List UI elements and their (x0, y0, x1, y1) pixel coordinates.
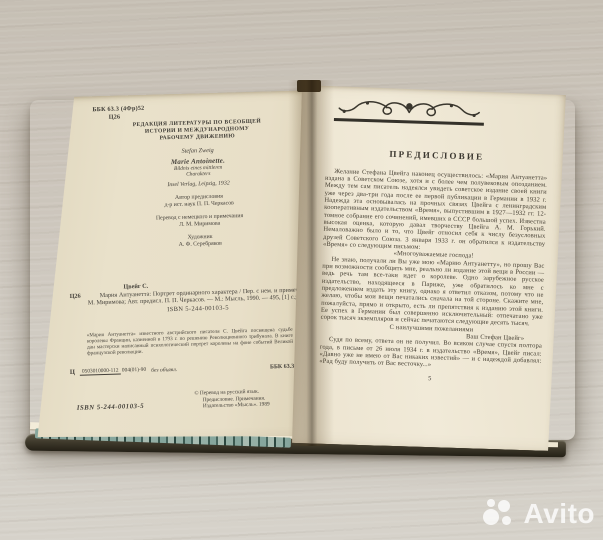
annotation-text: «Мария Антуанетта» известного австрийско… (87, 327, 294, 357)
bbk-stamp: ББК 63.3 (4Фр)52 Ц26 (92, 105, 144, 121)
code-note: без объявл. (151, 366, 177, 373)
page-number: 5 (319, 371, 541, 385)
right-page: ПРЕДИСЛОВИЕ Желание Стефана Цвейга након… (291, 85, 566, 451)
bbk-code-top: ББК 63.3 (4Фр)52 (92, 105, 144, 113)
code-letter: Ц (70, 369, 75, 376)
letter-body: Не знаю, получали ли Вы уже мою «Марию А… (321, 255, 545, 328)
catalog-index: Ц26 (70, 293, 81, 300)
book-photo: ББК 63.3 (4Фр)52 Ц26 РЕДАКЦИЯ ЛИТЕРАТУРЫ… (0, 0, 603, 540)
avito-watermark-label: Avito (524, 498, 595, 530)
floral-ornament-icon (334, 96, 485, 121)
left-page: ББК 63.3 (4Фр)52 Ц26 РЕДАКЦИЯ ЛИТЕРАТУРЫ… (28, 90, 326, 444)
title-column: РЕДАКЦИЯ ЛИТЕРАТУРЫ ПО ВСЕОБЩЕЙ ИСТОРИИ … (99, 118, 298, 251)
publisher-code-row: Ц 0503010000-112 004(01)-90 без объявл. … (70, 362, 316, 376)
spine-fold (297, 80, 321, 92)
code-fraction: 0503010000-112 004(01)-90 (80, 367, 146, 375)
preface-body: Желание Стефана Цвейга наконец осуществи… (319, 167, 547, 372)
avito-logo-icon (483, 496, 519, 532)
preface-heading: ПРЕДИСЛОВИЕ (326, 146, 548, 163)
preface-paragraph-intro: Желание Стефана Цвейга наконец осуществи… (323, 167, 547, 255)
isbn-bottom: ISBN 5-244-00103-5 (77, 403, 145, 412)
code-denominator: 004(01)-90 (122, 367, 146, 374)
preface-paragraph-outro: Судя по всему, ответа он не получил. Во … (319, 336, 542, 372)
catalog-card: Цвейг С. Ц26 Мария Антуанетта: Портрет о… (69, 278, 308, 316)
avito-watermark: Avito (483, 496, 595, 532)
index-code-top: Ц26 (109, 113, 145, 121)
code-numerator: 0503010000-112 (80, 368, 121, 376)
original-imprint: Insel Verlag, Leipzig, 1932 (101, 179, 297, 190)
chapter-header (334, 96, 485, 125)
